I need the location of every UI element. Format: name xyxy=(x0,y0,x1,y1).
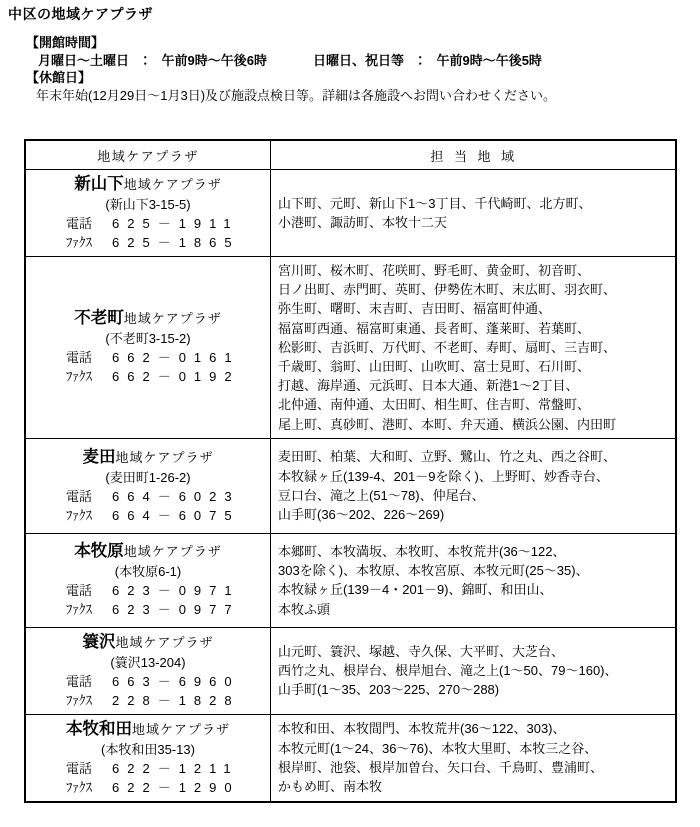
tel-line: 電話 622－1211 xyxy=(28,759,268,778)
plaza-name: 本牧和田地域ケアプラザ xyxy=(66,719,230,740)
plaza-name-bold: 本牧原 xyxy=(74,542,124,560)
closed-days-note: 年末年始(12月29日～1月3日)及び施設点検日等。詳細は各施設へお問い合わせく… xyxy=(36,87,556,105)
plaza-address: (新山下3-15-5) xyxy=(105,195,190,214)
plaza-name-cell: 本牧原地域ケアプラザ (本牧原6-1) 電話 623－0971 ﾌｧｸｽ 623… xyxy=(26,534,271,627)
areas-cell: 本郷町、本牧満坂、本牧町、本牧荒井(36～122、 303を除く)、本牧原、本牧… xyxy=(271,534,675,627)
plaza-address: (不老町3-15-2) xyxy=(105,329,190,348)
plaza-column-label: 地域ケアプラザ xyxy=(97,146,199,165)
plaza-name-bold: 本牧和田 xyxy=(66,720,132,738)
plaza-name: 新山下地域ケアプラザ xyxy=(74,174,222,195)
areas-cell: 山元町、簑沢、塚越、寺久保、大平町、大芝台、 西竹之丸、根岸台、根岸旭台、滝之上… xyxy=(271,628,675,714)
fax-line: ﾌｧｸｽ 664－6075 xyxy=(28,506,268,525)
open-hours-label: 【開館時間】 xyxy=(26,34,556,52)
plaza-name-cell: 不老町地域ケアプラザ (不老町3-15-2) 電話 662－0161 ﾌｧｸｽ … xyxy=(26,257,271,438)
holiday-hours: 日曜日、祝日等 ： 午前9時～午後5時 xyxy=(313,52,542,70)
fax-line: ﾌｧｸｽ 622－1290 xyxy=(28,778,268,797)
table-row: 本牧原地域ケアプラザ (本牧原6-1) 電話 623－0971 ﾌｧｸｽ 623… xyxy=(26,533,675,627)
area-column-label: 担 当 地 域 xyxy=(430,146,515,165)
plaza-name-suffix: 地域ケアプラザ xyxy=(124,311,222,326)
fax-number: 622－1290 xyxy=(112,778,240,797)
fax-number: 623－0977 xyxy=(112,600,240,619)
tel-line: 電話 662－0161 xyxy=(28,348,268,367)
fax-line: ﾌｧｸｽ 228－1828 xyxy=(28,691,268,710)
closed-days-label: 【休館日】 xyxy=(26,69,556,87)
fax-label: ﾌｧｸｽ xyxy=(66,778,112,797)
plaza-name: 麦田地域ケアプラザ xyxy=(82,447,213,468)
table-row: 麦田地域ケアプラザ (麦田町1-26-2) 電話 664－6023 ﾌｧｸｽ 6… xyxy=(26,438,675,533)
plaza-name: 本牧原地域ケアプラザ xyxy=(74,541,222,562)
fax-line: ﾌｧｸｽ 623－0977 xyxy=(28,600,268,619)
fax-number: 664－6075 xyxy=(112,506,240,525)
plaza-name-cell: 麦田地域ケアプラザ (麦田町1-26-2) 電話 664－6023 ﾌｧｸｽ 6… xyxy=(26,439,271,533)
table-header-row: 地域ケアプラザ 担 当 地 域 xyxy=(26,141,675,169)
tel-line: 電話 663－6960 xyxy=(28,672,268,691)
plaza-name-suffix: 地域ケアプラザ xyxy=(124,544,222,559)
table-row: 新山下地域ケアプラザ (新山下3-15-5) 電話 625－1911 ﾌｧｸｽ … xyxy=(26,169,675,256)
areas-cell: 麦田町、柏葉、大和町、立野、鷺山、竹之丸、西之谷町、 本牧緑ヶ丘(139-4、2… xyxy=(271,439,675,533)
header-plaza-column: 地域ケアプラザ xyxy=(26,141,271,169)
areas-text: 本牧和田、本牧間門、本牧荒井(36～122、303)、 本牧元町(1～24、36… xyxy=(278,719,603,796)
plaza-name-cell: 簑沢地域ケアプラザ (簑沢13-204) 電話 663－6960 ﾌｧｸｽ 22… xyxy=(26,628,271,714)
fax-label: ﾌｧｸｽ xyxy=(66,506,112,525)
care-plaza-table: 地域ケアプラザ 担 当 地 域 新山下地域ケアプラザ (新山下3-15-5) 電… xyxy=(24,139,677,803)
areas-cell: 山下町、元町、新山下1～3丁目、千代崎町、北方町、 小港町、諏訪町、本牧十二天 xyxy=(271,170,675,256)
fax-line: ﾌｧｸｽ 662－0192 xyxy=(28,367,268,386)
fax-label: ﾌｧｸｽ xyxy=(66,233,112,252)
tel-label: 電話 xyxy=(66,214,112,233)
fax-label: ﾌｧｸｽ xyxy=(66,600,112,619)
plaza-name-bold: 不老町 xyxy=(74,309,124,327)
tel-label: 電話 xyxy=(66,759,112,778)
plaza-name-suffix: 地域ケアプラザ xyxy=(115,635,213,650)
document-page: 中区の地域ケアプラザ 【開館時間】 月曜日～土曜日 ： 午前9時～午後6時 日曜… xyxy=(0,0,700,827)
info-block: 【開館時間】 月曜日～土曜日 ： 午前9時～午後6時 日曜日、祝日等 ： 午前9… xyxy=(26,34,556,104)
tel-label: 電話 xyxy=(66,348,112,367)
tel-number: 664－6023 xyxy=(112,487,240,506)
tel-line: 電話 625－1911 xyxy=(28,214,268,233)
plaza-name-bold: 簑沢 xyxy=(82,633,115,651)
tel-line: 電話 623－0971 xyxy=(28,581,268,600)
areas-text: 本郷町、本牧満坂、本牧町、本牧荒井(36～122、 303を除く)、本牧原、本牧… xyxy=(278,542,589,619)
areas-text: 宮川町、桜木町、花咲町、野毛町、黄金町、初音町、 日ノ出町、赤門町、英町、伊勢佐… xyxy=(278,261,616,434)
tel-number: 663－6960 xyxy=(112,672,240,691)
areas-text: 山下町、元町、新山下1～3丁目、千代崎町、北方町、 小港町、諏訪町、本牧十二天 xyxy=(278,194,591,232)
plaza-name-bold: 新山下 xyxy=(74,175,124,193)
tel-number: 625－1911 xyxy=(112,214,239,233)
areas-text: 麦田町、柏葉、大和町、立野、鷺山、竹之丸、西之谷町、 本牧緑ヶ丘(139-4、2… xyxy=(278,447,616,524)
plaza-name-bold: 麦田 xyxy=(82,448,115,466)
fax-number: 625－1865 xyxy=(112,233,240,252)
plaza-name: 不老町地域ケアプラザ xyxy=(74,308,222,329)
plaza-address: (本牧和田35-13) xyxy=(101,740,195,759)
fax-number: 662－0192 xyxy=(112,367,240,386)
fax-line: ﾌｧｸｽ 625－1865 xyxy=(28,233,268,252)
plaza-name-cell: 本牧和田地域ケアプラザ (本牧和田35-13) 電話 622－1211 ﾌｧｸｽ… xyxy=(26,715,271,801)
plaza-address: (簑沢13-204) xyxy=(110,653,185,672)
tel-label: 電話 xyxy=(66,487,112,506)
open-hours-line: 月曜日～土曜日 ： 午前9時～午後6時 日曜日、祝日等 ： 午前9時～午後5時 xyxy=(38,52,556,70)
tel-number: 662－0161 xyxy=(112,348,240,367)
plaza-name-cell: 新山下地域ケアプラザ (新山下3-15-5) 電話 625－1911 ﾌｧｸｽ … xyxy=(26,170,271,256)
tel-label: 電話 xyxy=(66,672,112,691)
areas-cell: 宮川町、桜木町、花咲町、野毛町、黄金町、初音町、 日ノ出町、赤門町、英町、伊勢佐… xyxy=(271,257,675,438)
header-area-column: 担 当 地 域 xyxy=(271,141,675,169)
plaza-address: (麦田町1-26-2) xyxy=(105,468,190,487)
plaza-name-suffix: 地域ケアプラザ xyxy=(132,722,230,737)
areas-text: 山元町、簑沢、塚越、寺久保、大平町、大芝台、 西竹之丸、根岸台、根岸旭台、滝之上… xyxy=(278,642,618,700)
table-row: 不老町地域ケアプラザ (不老町3-15-2) 電話 662－0161 ﾌｧｸｽ … xyxy=(26,256,675,438)
fax-number: 228－1828 xyxy=(112,691,240,710)
tel-line: 電話 664－6023 xyxy=(28,487,268,506)
plaza-address: (本牧原6-1) xyxy=(115,562,181,581)
table-row: 簑沢地域ケアプラザ (簑沢13-204) 電話 663－6960 ﾌｧｸｽ 22… xyxy=(26,627,675,714)
plaza-name: 簑沢地域ケアプラザ xyxy=(82,632,213,653)
fax-label: ﾌｧｸｽ xyxy=(66,367,112,386)
areas-cell: 本牧和田、本牧間門、本牧荒井(36～122、303)、 本牧元町(1～24、36… xyxy=(271,715,675,801)
tel-label: 電話 xyxy=(66,581,112,600)
plaza-name-suffix: 地域ケアプラザ xyxy=(124,177,222,192)
tel-number: 623－0971 xyxy=(112,581,240,600)
page-title: 中区の地域ケアプラザ xyxy=(8,4,153,24)
weekday-hours: 月曜日～土曜日 ： 午前9時～午後6時 xyxy=(38,52,267,70)
tel-number: 622－1211 xyxy=(112,759,239,778)
fax-label: ﾌｧｸｽ xyxy=(66,691,112,710)
table-row: 本牧和田地域ケアプラザ (本牧和田35-13) 電話 622－1211 ﾌｧｸｽ… xyxy=(26,714,675,801)
plaza-name-suffix: 地域ケアプラザ xyxy=(115,450,213,465)
